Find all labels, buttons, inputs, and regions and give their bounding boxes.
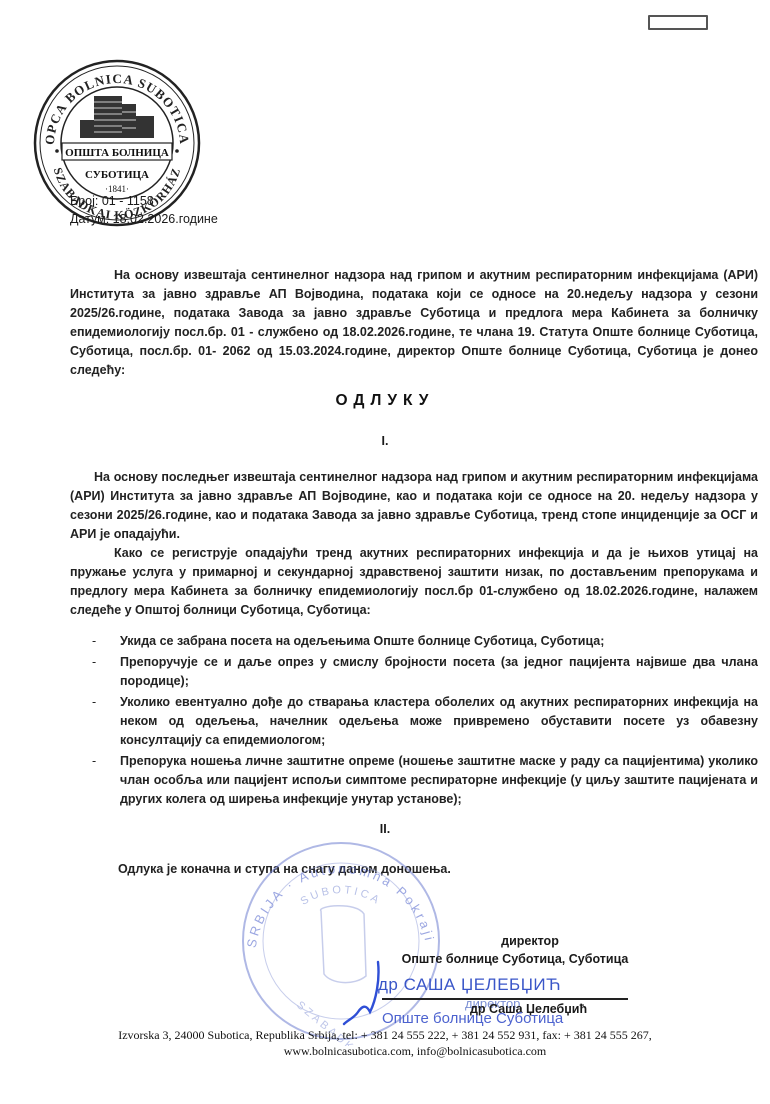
svg-text:ОПШТА БОЛНИЦА: ОПШТА БОЛНИЦА xyxy=(65,147,169,159)
section-one-paragraph-2: Како се региструје опадајући тренд акутн… xyxy=(70,544,758,620)
measure-text: Уколико евентуално дође до стварања клас… xyxy=(120,695,758,747)
signatory-institution: Опште болнице Суботица, Суботица xyxy=(390,952,640,966)
measure-item: - Препорука ношења личне заштитне опреме… xyxy=(86,752,758,809)
measure-text: Препоручује се и даље опрез у смислу бро… xyxy=(120,655,758,688)
signatory-role: директор xyxy=(430,934,630,948)
section-two-numeral: II. xyxy=(0,822,770,836)
svg-text:SUBOTICA: SUBOTICA xyxy=(299,884,384,908)
svg-text:СУБОТИЦА: СУБОТИЦА xyxy=(85,169,149,181)
measure-item: - Укида се забрана посета на одељењима О… xyxy=(86,632,758,651)
signature-name-stamp: др САША ЏЕЛЕБЏИЋ xyxy=(378,975,561,995)
intro-paragraph: На основу извештаја сентинелног надзора … xyxy=(70,266,758,380)
document-date: Датум: 18.02.2026.године xyxy=(70,210,218,228)
measure-item: - Уколико евентуално дође до стварања кл… xyxy=(86,693,758,750)
measure-bold-text: Препорука ношења личне заштитне опреме xyxy=(120,754,394,768)
footer-address: Izvorska 3, 24000 Subotica, Republika Sr… xyxy=(0,1028,770,1043)
section-one-numeral: I. xyxy=(0,434,770,448)
measure-bold-text: Укида се забрана посета на одељењима Опш… xyxy=(120,634,604,648)
document-number: Број: 01 - 1158 xyxy=(70,192,154,210)
document-title: ОДЛУКУ xyxy=(0,392,770,410)
measure-item: - Препоручује се и даље опрез у смислу б… xyxy=(86,653,758,691)
form-field-box xyxy=(648,15,708,30)
section-one-paragraph-1: На основу последњег извештаја сентинелно… xyxy=(70,468,758,544)
footer-web-email: www.bolnicasubotica.com, info@bolnicasub… xyxy=(30,1044,770,1059)
handwritten-signature xyxy=(340,960,400,1030)
measures-list: - Укида се забрана посета на одељењима О… xyxy=(86,632,758,811)
stamp-institution-text: Опште болнице Суботица xyxy=(382,1010,563,1027)
